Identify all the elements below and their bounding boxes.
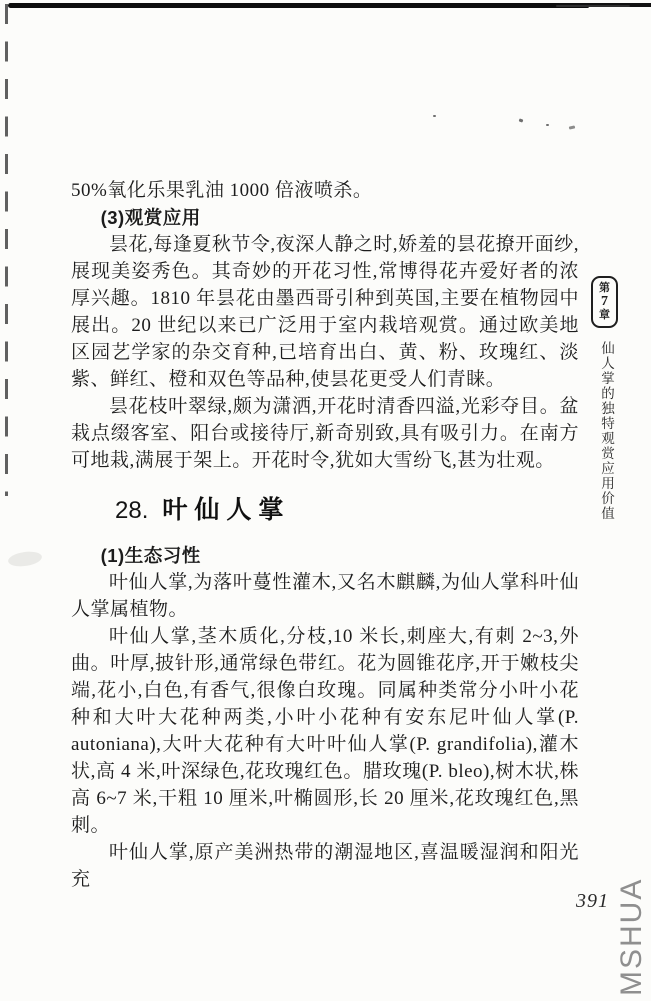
paragraph: 叶仙人掌,为落叶蔓性灌木,又名木麒麟,为仙人掌科叶仙人掌属植物。 (71, 569, 579, 623)
paragraph: 叶仙人掌,原产美洲热带的潮湿地区,喜温暖湿润和阳光充 (71, 839, 579, 893)
scan-speck (569, 125, 575, 129)
scan-speck (546, 124, 549, 126)
section-number: 28. (115, 492, 148, 530)
paragraph: 昙花枝叶翠绿,颇为潇洒,开花时清香四溢,光彩夺目。盆栽点缀客室、阳台或接待厅,新… (71, 393, 579, 474)
chapter-number: 7 (601, 295, 608, 309)
chapter-tab-box: 第 7 章 (591, 276, 618, 328)
scan-artifact-edge-dashes (5, 4, 8, 496)
section-heading: 28.叶仙人掌 (115, 492, 579, 530)
book-page: 第 7 章 仙人掌的独特观赏应用价值 50%氧化乐果乳油 1000 倍液喷杀。(… (0, 0, 651, 1001)
paragraph: 昙花,每逢夏秋节令,夜深人静之时,娇羞的昙花撩开面纱,展现美姿秀色。其奇妙的开花… (71, 231, 579, 393)
subheading: (3)观赏应用 (71, 204, 579, 231)
chapter-vertical-title: 仙人掌的独特观赏应用价值 (596, 341, 616, 526)
chapter-char-bottom: 章 (599, 310, 610, 321)
chapter-char-top: 第 (599, 283, 610, 294)
scan-artifact-top-line (8, 3, 560, 8)
paragraph: 叶仙人掌,茎木质化,分枝,10 米长,刺座大,有刺 2~3,外曲。叶厚,披针形,… (71, 623, 579, 839)
scan-artifact-top-line-tail (556, 5, 630, 7)
page-number: 391 (576, 890, 609, 913)
scan-speck (433, 115, 436, 117)
scan-smudge (7, 550, 43, 569)
section-title: 叶仙人掌 (162, 492, 290, 530)
text-column: 50%氧化乐果乳油 1000 倍液喷杀。(3)观赏应用昙花,每逢夏秋节令,夜深人… (71, 177, 579, 893)
scan-speck (519, 118, 524, 122)
watermark: MSHUA (614, 878, 650, 996)
subheading: (1)生态习性 (71, 542, 579, 569)
paragraph: 50%氧化乐果乳油 1000 倍液喷杀。 (71, 177, 579, 204)
